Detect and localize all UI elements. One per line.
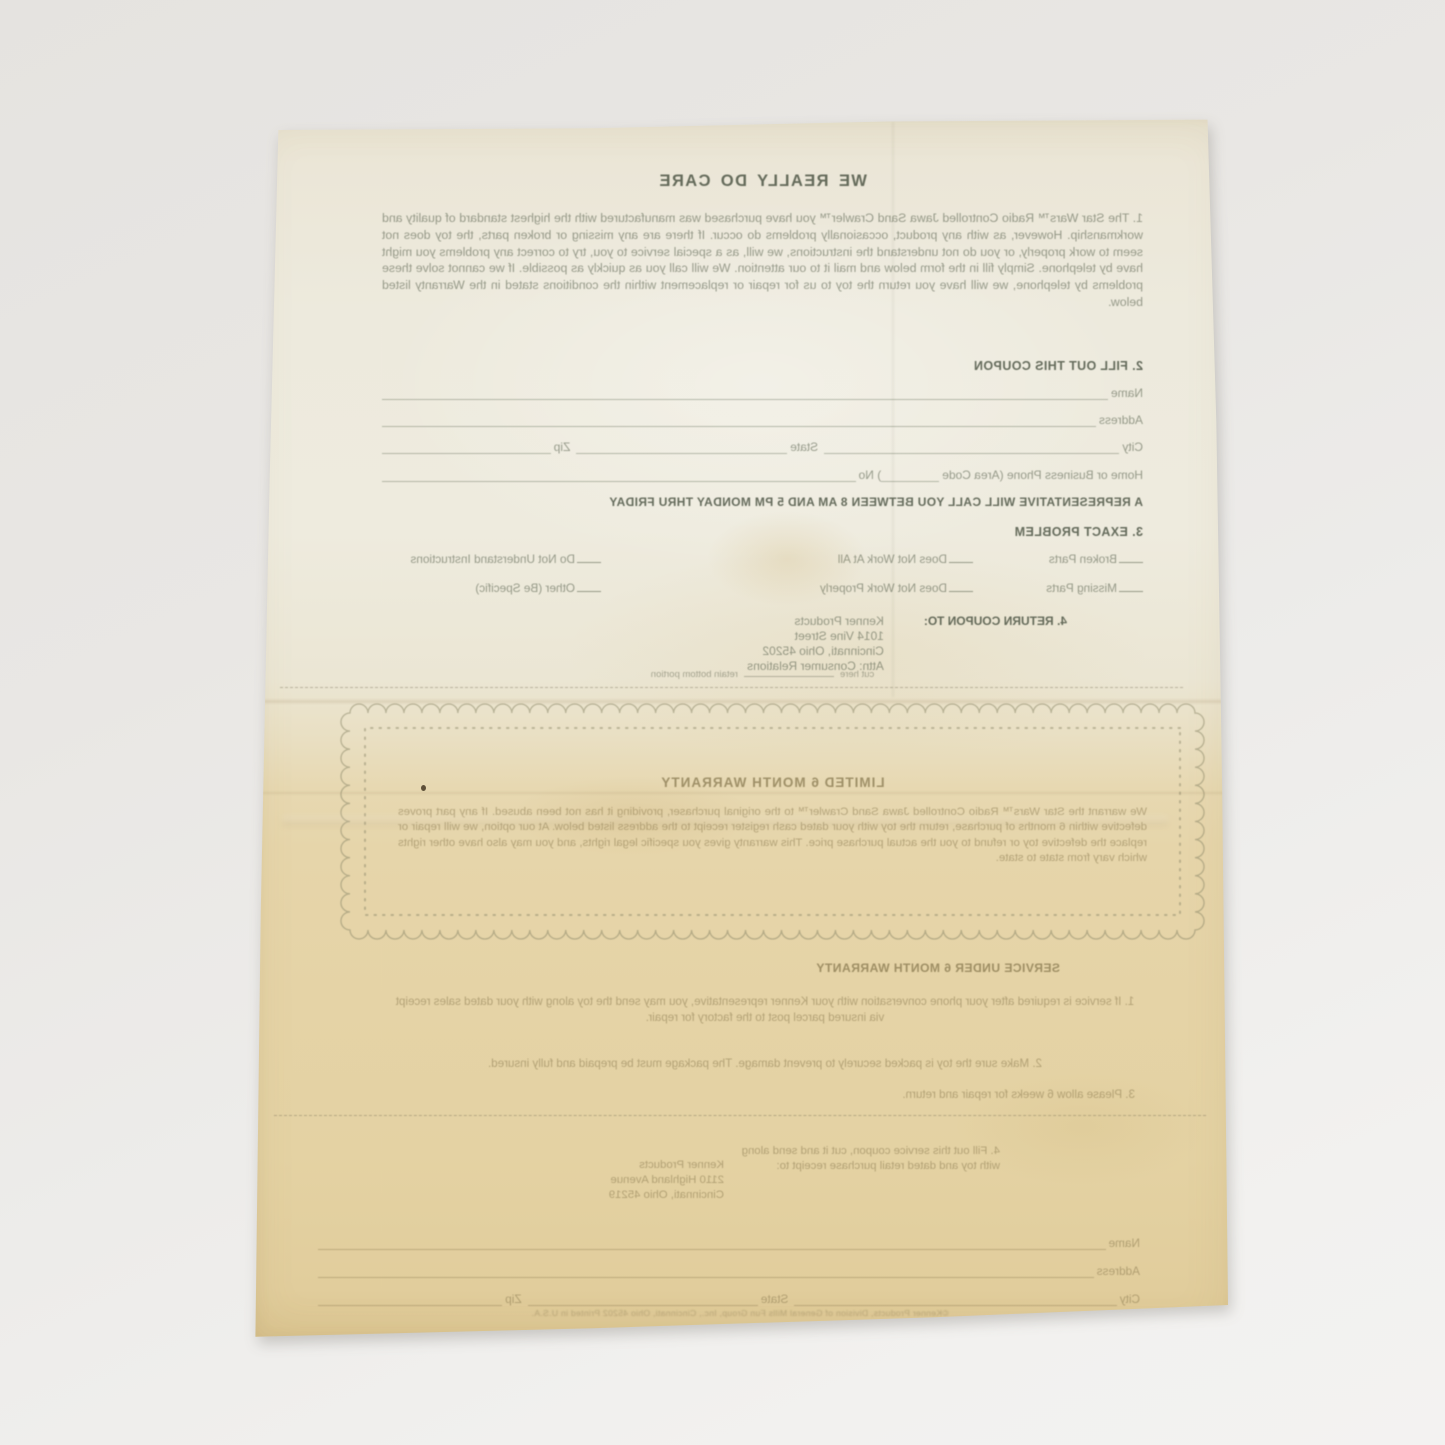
return-coupon-block: 4. RETURN COUPON TO: Kenner Products 101… [382, 614, 1143, 674]
phone-label: Home or Business Phone (Area Code [942, 469, 1143, 482]
zip-label: Zip [505, 1293, 521, 1306]
name-line [382, 386, 1108, 400]
cut-underline [744, 668, 834, 677]
form-row-name: Name [318, 1236, 1140, 1250]
problem-option: Missing Parts [973, 581, 1143, 595]
checkbox-blank [949, 552, 973, 563]
photo-backdrop: { "colors": { "backdrop": "#eceae7", "pa… [0, 0, 1445, 1445]
name-label: Name [1109, 1237, 1140, 1250]
phone-line [382, 468, 856, 482]
document-title: WE REALLY DO CARE [382, 172, 1143, 191]
return-heading: 4. RETURN COUPON TO: [924, 614, 1067, 674]
cut-here-line: cut hereretain bottom portion [382, 668, 1143, 680]
address-line [318, 1264, 1094, 1278]
service-item-1: 1. If service is required after your pho… [395, 994, 1135, 1025]
checkbox-blank [577, 581, 601, 592]
fold-crease [252, 792, 1228, 794]
state-label: State [790, 441, 818, 454]
state-line [576, 440, 787, 454]
send-to-block: 4. Fill out this service coupon, cut it … [609, 1144, 1000, 1203]
address-line-2: 1014 Vine Street [747, 629, 884, 644]
zip-line [318, 1292, 502, 1306]
city-label: City [1120, 1293, 1140, 1306]
warranty-text: We warrant the Star Wars™ Radio Controll… [398, 805, 1147, 867]
city-line [794, 1292, 1116, 1306]
address-label: Address [1099, 414, 1143, 427]
zip-label: Zip [554, 441, 571, 454]
name-line [318, 1236, 1106, 1250]
state-line [528, 1292, 758, 1306]
service-item-2: 2. Make sure the toy is packed securely … [395, 1056, 1135, 1072]
area-code-line [881, 468, 939, 482]
address-line-1: Kenner Products [609, 1158, 724, 1173]
address-line-2: 2110 Highland Avenue [609, 1173, 724, 1188]
form-row-city: City State Zip [318, 1292, 1140, 1306]
paper-stain [707, 511, 867, 606]
problem-option: Do Not Understand Instructions [382, 552, 601, 566]
address-label: Address [1097, 1265, 1140, 1278]
paper-surface: WE REALLY DO CARE 1. The Star Wars™ Radi… [252, 116, 1228, 1338]
service-address: Kenner Products 2110 Highland Avenue Cin… [609, 1158, 724, 1203]
form-row-phone: Home or Business Phone (Area Code ) No [382, 468, 1143, 482]
fine-print: ©Kenner Products, Division of General Mi… [312, 1308, 1168, 1318]
return-address: Kenner Products 1014 Vine Street Cincinn… [747, 614, 884, 674]
fold-crease [252, 700, 1228, 703]
intro-paragraph: 1. The Star Wars™ Radio Controlled Jawa … [382, 210, 1143, 311]
address-line-3: Cincinnati, Ohio 45219 [609, 1188, 724, 1203]
send-instruction: 4. Fill out this service coupon, cut it … [738, 1144, 1000, 1203]
name-label: Name [1111, 387, 1143, 400]
cut-here-label: cut here [840, 669, 874, 680]
pinhole [421, 785, 426, 791]
city-label: City [1122, 441, 1143, 454]
address-line [382, 413, 1096, 427]
paper-stain [512, 776, 752, 856]
city-line [824, 440, 1119, 454]
zip-line [382, 440, 551, 454]
checkbox-blank [1119, 581, 1143, 592]
checkbox-blank [577, 552, 601, 563]
paper-stain [952, 1066, 1212, 1186]
cut-dashed-rule [280, 687, 1183, 688]
service-heading: SERVICE UNDER 6 MONTH WARRANTY [816, 961, 1060, 975]
paper-sheet: WE REALLY DO CARE 1. The Star Wars™ Radi… [252, 116, 1228, 1338]
address-line-1: Kenner Products [747, 614, 884, 629]
warranty-title: LIMITED 6 MONTH WARRANTY [350, 775, 1195, 790]
retain-label: retain bottom portion [651, 669, 738, 680]
problem-option: Broken Parts [973, 552, 1143, 566]
phone-no-label: ) No [859, 469, 882, 482]
problem-heading: 3. EXACT PROBLEM [1014, 525, 1143, 539]
form-row-city: City State Zip [382, 440, 1143, 454]
state-label: State [761, 1293, 789, 1306]
fill-out-heading: 2. FILL OUT THIS COUPON [974, 359, 1143, 373]
vertical-crease [892, 122, 894, 697]
form-row-address: Address [382, 413, 1143, 427]
address-line-3: Cincinnati, Ohio 45202 [747, 644, 884, 659]
representative-line: A REPRESENTATIVE WILL CALL YOU BETWEEN 8… [382, 495, 1143, 509]
checkbox-blank [1119, 552, 1143, 563]
form-row-name: Name [382, 386, 1143, 400]
problem-option: Other (Be Specific) [382, 581, 601, 595]
form-row-address: Address [318, 1264, 1140, 1278]
checkbox-blank [949, 581, 973, 592]
